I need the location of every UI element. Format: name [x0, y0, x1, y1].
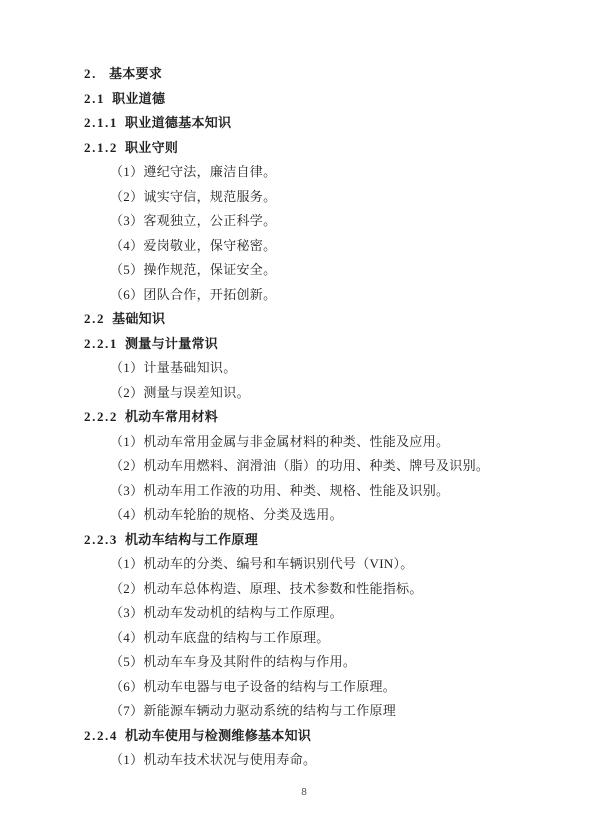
section-heading: 2.2.2机动车常用材料 [84, 405, 578, 430]
heading-text: 职业道德基本知识 [125, 115, 231, 130]
heading-text: 机动车使用与检测维修基本知识 [125, 728, 311, 743]
heading-text: 基本要求 [109, 66, 162, 81]
list-item: （6）机动车电器与电子设备的结构与工作原理。 [84, 675, 578, 700]
heading-number: 2. [84, 66, 97, 81]
section-heading: 2.2.3机动车结构与工作原理 [84, 528, 578, 553]
section-heading: 2.2.1测量与计量常识 [84, 332, 578, 357]
heading-number: 2.1 [84, 91, 105, 106]
list-item-text: （1）机动车技术状况与使用寿命。 [110, 752, 316, 767]
list-item: （5）操作规范，保证安全。 [84, 258, 578, 283]
list-item: （1）机动车常用金属与非金属材料的种类、性能及应用。 [84, 430, 578, 455]
list-item-text: （6）团队合作，开拓创新。 [110, 287, 276, 302]
heading-text: 机动车结构与工作原理 [125, 532, 258, 547]
heading-number: 2.2 [84, 311, 105, 326]
list-item: （4）机动车底盘的结构与工作原理。 [84, 626, 578, 651]
section-heading: 2.2基础知识 [84, 307, 578, 332]
list-item-text: （2）诚实守信，规范服务。 [110, 189, 276, 204]
document-page: 2.基本要求 2.1职业道德 2.1.1职业道德基本知识 2.1.2职业守则 （… [0, 0, 608, 837]
heading-text: 测量与计量常识 [125, 336, 218, 351]
list-item: （6）团队合作，开拓创新。 [84, 283, 578, 308]
document-body: 2.基本要求 2.1职业道德 2.1.1职业道德基本知识 2.1.2职业守则 （… [84, 62, 578, 773]
list-item: （3）机动车发动机的结构与工作原理。 [84, 601, 578, 626]
heading-text: 机动车常用材料 [125, 409, 218, 424]
list-item: （4）机动车轮胎的规格、分类及选用。 [84, 503, 578, 528]
list-item: （2）机动车用燃料、润滑油（脂）的功用、种类、牌号及识别。 [84, 454, 578, 479]
section-heading: 2.1.1职业道德基本知识 [84, 111, 578, 136]
heading-text: 基础知识 [112, 311, 165, 326]
list-item: （4）爱岗敬业，保守秘密。 [84, 234, 578, 259]
list-item-text: （5）操作规范，保证安全。 [110, 262, 276, 277]
list-item-text: （4）机动车轮胎的规格、分类及选用。 [110, 507, 343, 522]
list-item: （1）计量基础知识。 [84, 356, 578, 381]
section-heading: 2.基本要求 [84, 62, 578, 87]
section-heading: 2.2.4机动车使用与检测维修基本知识 [84, 724, 578, 749]
list-item-text: （1）机动车常用金属与非金属材料的种类、性能及应用。 [110, 434, 449, 449]
list-item: （3）客观独立，公正科学。 [84, 209, 578, 234]
list-item-text: （3）客观独立，公正科学。 [110, 213, 276, 228]
heading-text: 职业道德 [112, 91, 165, 106]
list-item-text: （2）机动车总体构造、原理、技术参数和性能指标。 [110, 581, 423, 596]
heading-number: 2.2.3 [84, 532, 118, 547]
list-item-text: （2）机动车用燃料、润滑油（脂）的功用、种类、牌号及识别。 [110, 458, 489, 473]
heading-number: 2.2.2 [84, 409, 118, 424]
list-item-text: （3）机动车用工作液的功用、种类、规格、性能及识别。 [110, 483, 449, 498]
list-item: （5）机动车车身及其附件的结构与作用。 [84, 650, 578, 675]
list-item-text: （4）机动车底盘的结构与工作原理。 [110, 630, 330, 645]
list-item: （7）新能源车辆动力驱动系统的结构与工作原理 [84, 699, 578, 724]
list-item: （2）测量与误差知识。 [84, 381, 578, 406]
list-item-text: （5）机动车车身及其附件的结构与作用。 [110, 654, 356, 669]
section-heading: 2.1.2职业守则 [84, 136, 578, 161]
list-item: （2）机动车总体构造、原理、技术参数和性能指标。 [84, 577, 578, 602]
list-item-text: （3）机动车发动机的结构与工作原理。 [110, 605, 343, 620]
list-item-text: （7）新能源车辆动力驱动系统的结构与工作原理 [110, 703, 396, 718]
heading-number: 2.1.2 [84, 140, 118, 155]
list-item-text: （1）遵纪守法，廉洁自律。 [110, 164, 276, 179]
list-item-text: （4）爱岗敬业，保守秘密。 [110, 238, 276, 253]
list-item: （1）机动车的分类、编号和车辆识别代号（VIN）。 [84, 552, 578, 577]
list-item: （1）机动车技术状况与使用寿命。 [84, 748, 578, 773]
list-item-text: （1）计量基础知识。 [110, 360, 237, 375]
heading-text: 职业守则 [125, 140, 178, 155]
heading-number: 2.2.4 [84, 728, 118, 743]
list-item-text: （1）机动车的分类、编号和车辆识别代号（VIN）。 [110, 556, 414, 571]
list-item: （3）机动车用工作液的功用、种类、规格、性能及识别。 [84, 479, 578, 504]
list-item: （1）遵纪守法，廉洁自律。 [84, 160, 578, 185]
list-item-text: （6）机动车电器与电子设备的结构与工作原理。 [110, 679, 396, 694]
heading-number: 2.2.1 [84, 336, 118, 351]
list-item: （2）诚实守信，规范服务。 [84, 185, 578, 210]
page-number: 8 [0, 787, 608, 799]
section-heading: 2.1职业道德 [84, 87, 578, 112]
heading-number: 2.1.1 [84, 115, 118, 130]
list-item-text: （2）测量与误差知识。 [110, 385, 250, 400]
